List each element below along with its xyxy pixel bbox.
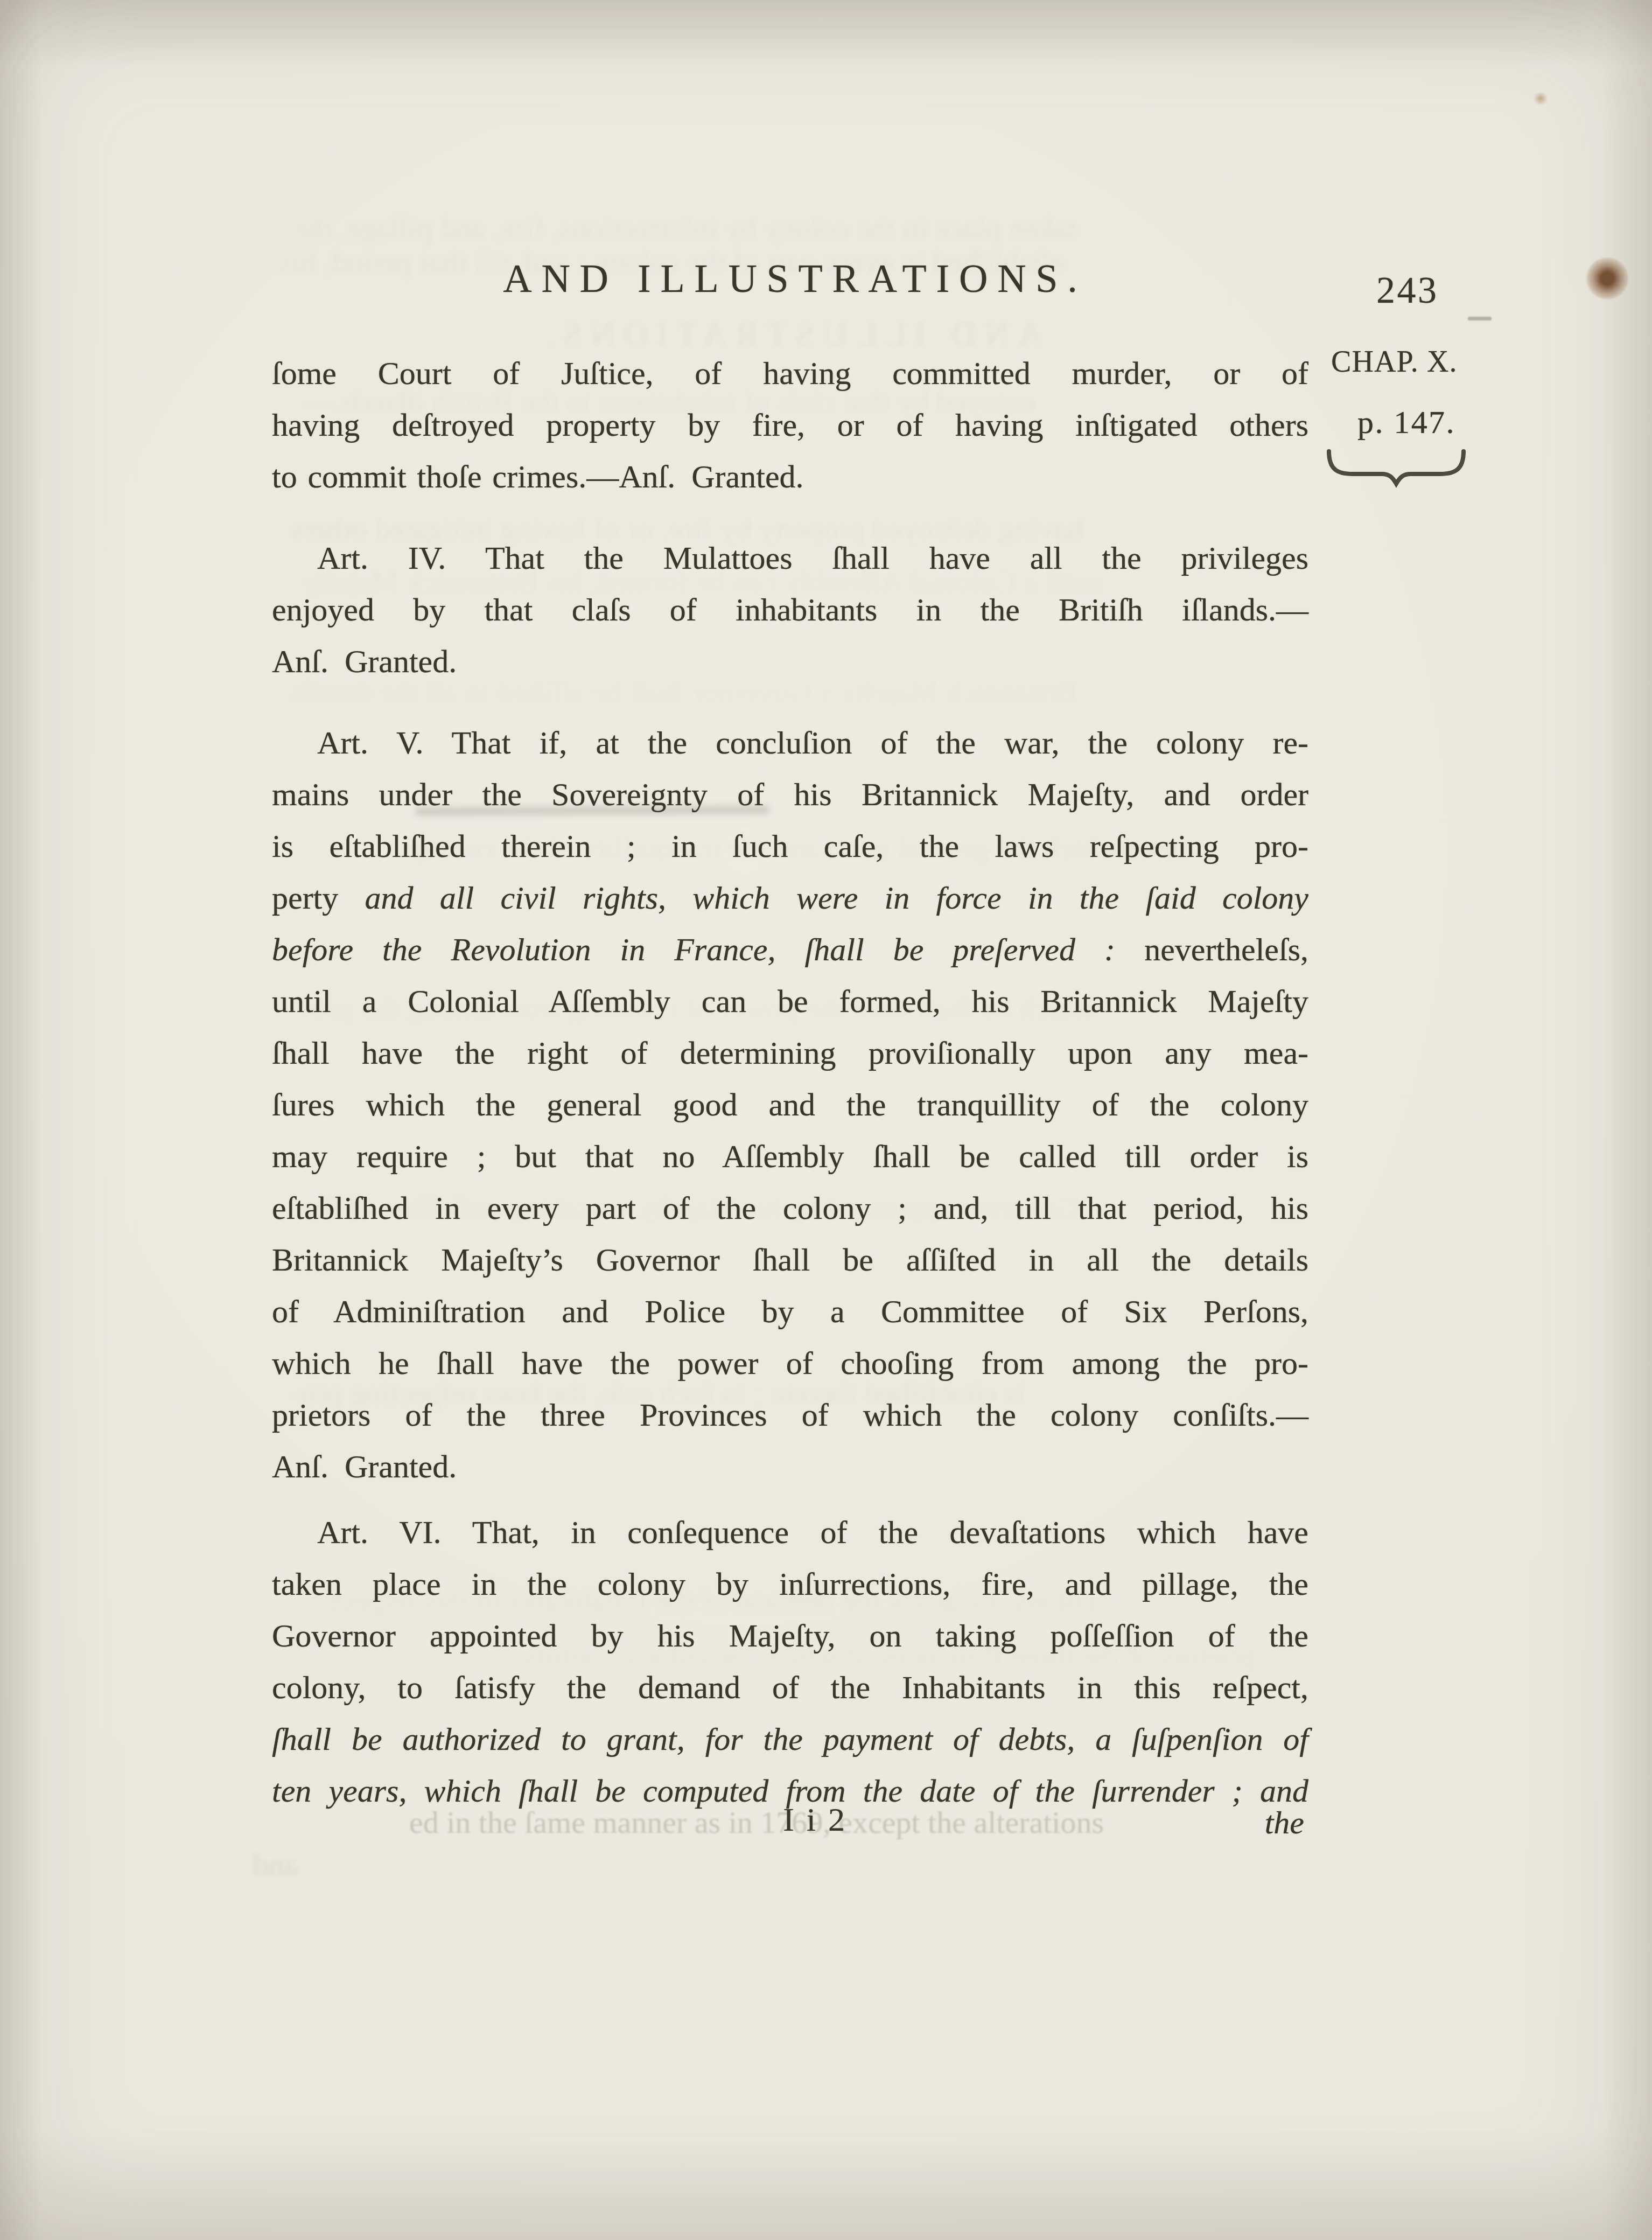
text-segment: ſures which the general good and the tra… — [272, 1087, 1308, 1122]
text-line: Anſ. Granted. — [272, 1441, 1308, 1492]
text-segment: enjoyed by that claſs of inhabitants in … — [272, 592, 1308, 627]
text-segment: perty — [272, 880, 365, 916]
paragraph: Art. VI. That, in conſequence of the dev… — [272, 1506, 1308, 1817]
text-line: is eſtabliſhed therein ; in ſuch caſe, t… — [272, 820, 1308, 872]
ink-mark — [1468, 317, 1492, 320]
text-line: ſome Court of Juſtice, of having committ… — [272, 347, 1308, 399]
fox-speck — [1532, 93, 1549, 104]
text-segment: Art. VI. That, in conſequence of the dev… — [317, 1515, 1308, 1550]
text-line: until a Colonial Aſſembly can be formed,… — [272, 975, 1308, 1027]
text-line: ſhall be authorized to grant, for the pa… — [272, 1713, 1308, 1765]
text-line: ſures which the general good and the tra… — [272, 1079, 1308, 1131]
text-segment: Britannick Majeſty’s Governor ſhall be a… — [272, 1242, 1308, 1278]
italic-text-segment: before the Revolution in France, ſhall b… — [272, 932, 1115, 967]
text-line: to commit thoſe crimes.—Anſ. Granted. — [272, 451, 1308, 503]
italic-text-segment: ſhall be authorized to grant, for the pa… — [272, 1721, 1308, 1757]
text-line: which he ſhall have the power of chooſin… — [272, 1337, 1308, 1389]
book-page-scan: AND ILLUSTRATIONS.taken place in the col… — [0, 0, 1652, 2240]
bleedthrough-text: taken place in the colony by inſurrectio… — [293, 210, 1076, 246]
signature-mark: I i 2 — [272, 1801, 1308, 1839]
text-line: Art. V. That if, at the concluſion of th… — [272, 717, 1308, 769]
paragraph: ſome Court of Juſtice, of having committ… — [272, 347, 1308, 503]
text-line: Anſ. Granted. — [272, 636, 1308, 687]
body-column: ſome Court of Juſtice, of having committ… — [272, 347, 1308, 1817]
text-segment: Governor appointed by his Majeſty, on ta… — [272, 1618, 1308, 1653]
text-line: of Adminiſtration and Police by a Commit… — [272, 1286, 1308, 1337]
text-segment: of Adminiſtration and Police by a Commit… — [272, 1294, 1308, 1329]
bleedthrough-text: and — [253, 1846, 298, 1882]
text-segment: Art. V. That if, at the concluſion of th… — [317, 725, 1308, 760]
text-segment: to commit thoſe crimes.—Anſ. Granted. — [272, 459, 804, 494]
text-segment: colony, to ſatisfy the demand of the Inh… — [272, 1670, 1308, 1705]
text-segment: taken place in the colony by inſurrectio… — [272, 1566, 1308, 1602]
text-line: ſhall have the right of determining prov… — [272, 1027, 1308, 1079]
text-segment: Anſ. Granted. — [272, 644, 457, 679]
text-segment: until a Colonial Aſſembly can be formed,… — [272, 983, 1308, 1019]
page-number: 243 — [1376, 269, 1439, 312]
text-segment: having deſtroyed property by fire, or of… — [272, 407, 1308, 443]
margin-note-chapter: CHAP. X. — [1331, 345, 1458, 379]
text-line: Art. VI. That, in conſequence of the dev… — [272, 1506, 1308, 1558]
margin-note-page-ref: p. 147. — [1326, 404, 1487, 441]
text-line: prietors of the three Provinces of which… — [272, 1389, 1308, 1441]
text-line: eſtabliſhed in every part of the colony … — [272, 1182, 1308, 1234]
catchword: the — [1265, 1804, 1304, 1841]
text-segment: prietors of the three Provinces of which… — [272, 1397, 1308, 1433]
text-line: colony, to ſatisfy the demand of the Inh… — [272, 1662, 1308, 1713]
text-segment: may require ; but that no Aſſembly ſhall… — [272, 1139, 1308, 1174]
text-line: perty and all civil rights, which were i… — [272, 872, 1308, 924]
text-segment: is eſtabliſhed therein ; in ſuch caſe, t… — [272, 828, 1308, 864]
italic-text-segment: and all civil rights, which were in forc… — [365, 880, 1308, 916]
margin-brace-icon — [1324, 445, 1469, 493]
text-segment: eſtabliſhed in every part of the colony … — [272, 1190, 1308, 1226]
text-line: may require ; but that no Aſſembly ſhall… — [272, 1131, 1308, 1182]
paragraph: Art. V. That if, at the concluſion of th… — [272, 717, 1308, 1492]
paragraph: Art. IV. That the Mulattoes ſhall have a… — [272, 532, 1308, 687]
text-line: enjoyed by that claſs of inhabitants in … — [272, 584, 1308, 636]
text-line: Britannick Majeſty’s Governor ſhall be a… — [272, 1234, 1308, 1286]
fox-spot — [1586, 257, 1628, 299]
text-segment: which he ſhall have the power of chooſin… — [272, 1345, 1308, 1381]
text-segment: Anſ. Granted. — [272, 1449, 457, 1484]
text-line: before the Revolution in France, ſhall b… — [272, 924, 1308, 975]
text-line: Governor appointed by his Majeſty, on ta… — [272, 1610, 1308, 1662]
text-segment: nevertheleſs, — [1115, 932, 1308, 967]
text-segment: ſome Court of Juſtice, of having committ… — [272, 355, 1308, 391]
text-line: taken place in the colony by inſurrectio… — [272, 1558, 1308, 1610]
text-line: having deſtroyed property by fire, or of… — [272, 399, 1308, 451]
text-line: Art. IV. That the Mulattoes ſhall have a… — [272, 532, 1308, 584]
text-segment: ſhall have the right of determining prov… — [272, 1035, 1308, 1071]
text-segment: Art. IV. That the Mulattoes ſhall have a… — [317, 540, 1308, 576]
running-header: AND ILLUSTRATIONS. — [272, 256, 1308, 302]
